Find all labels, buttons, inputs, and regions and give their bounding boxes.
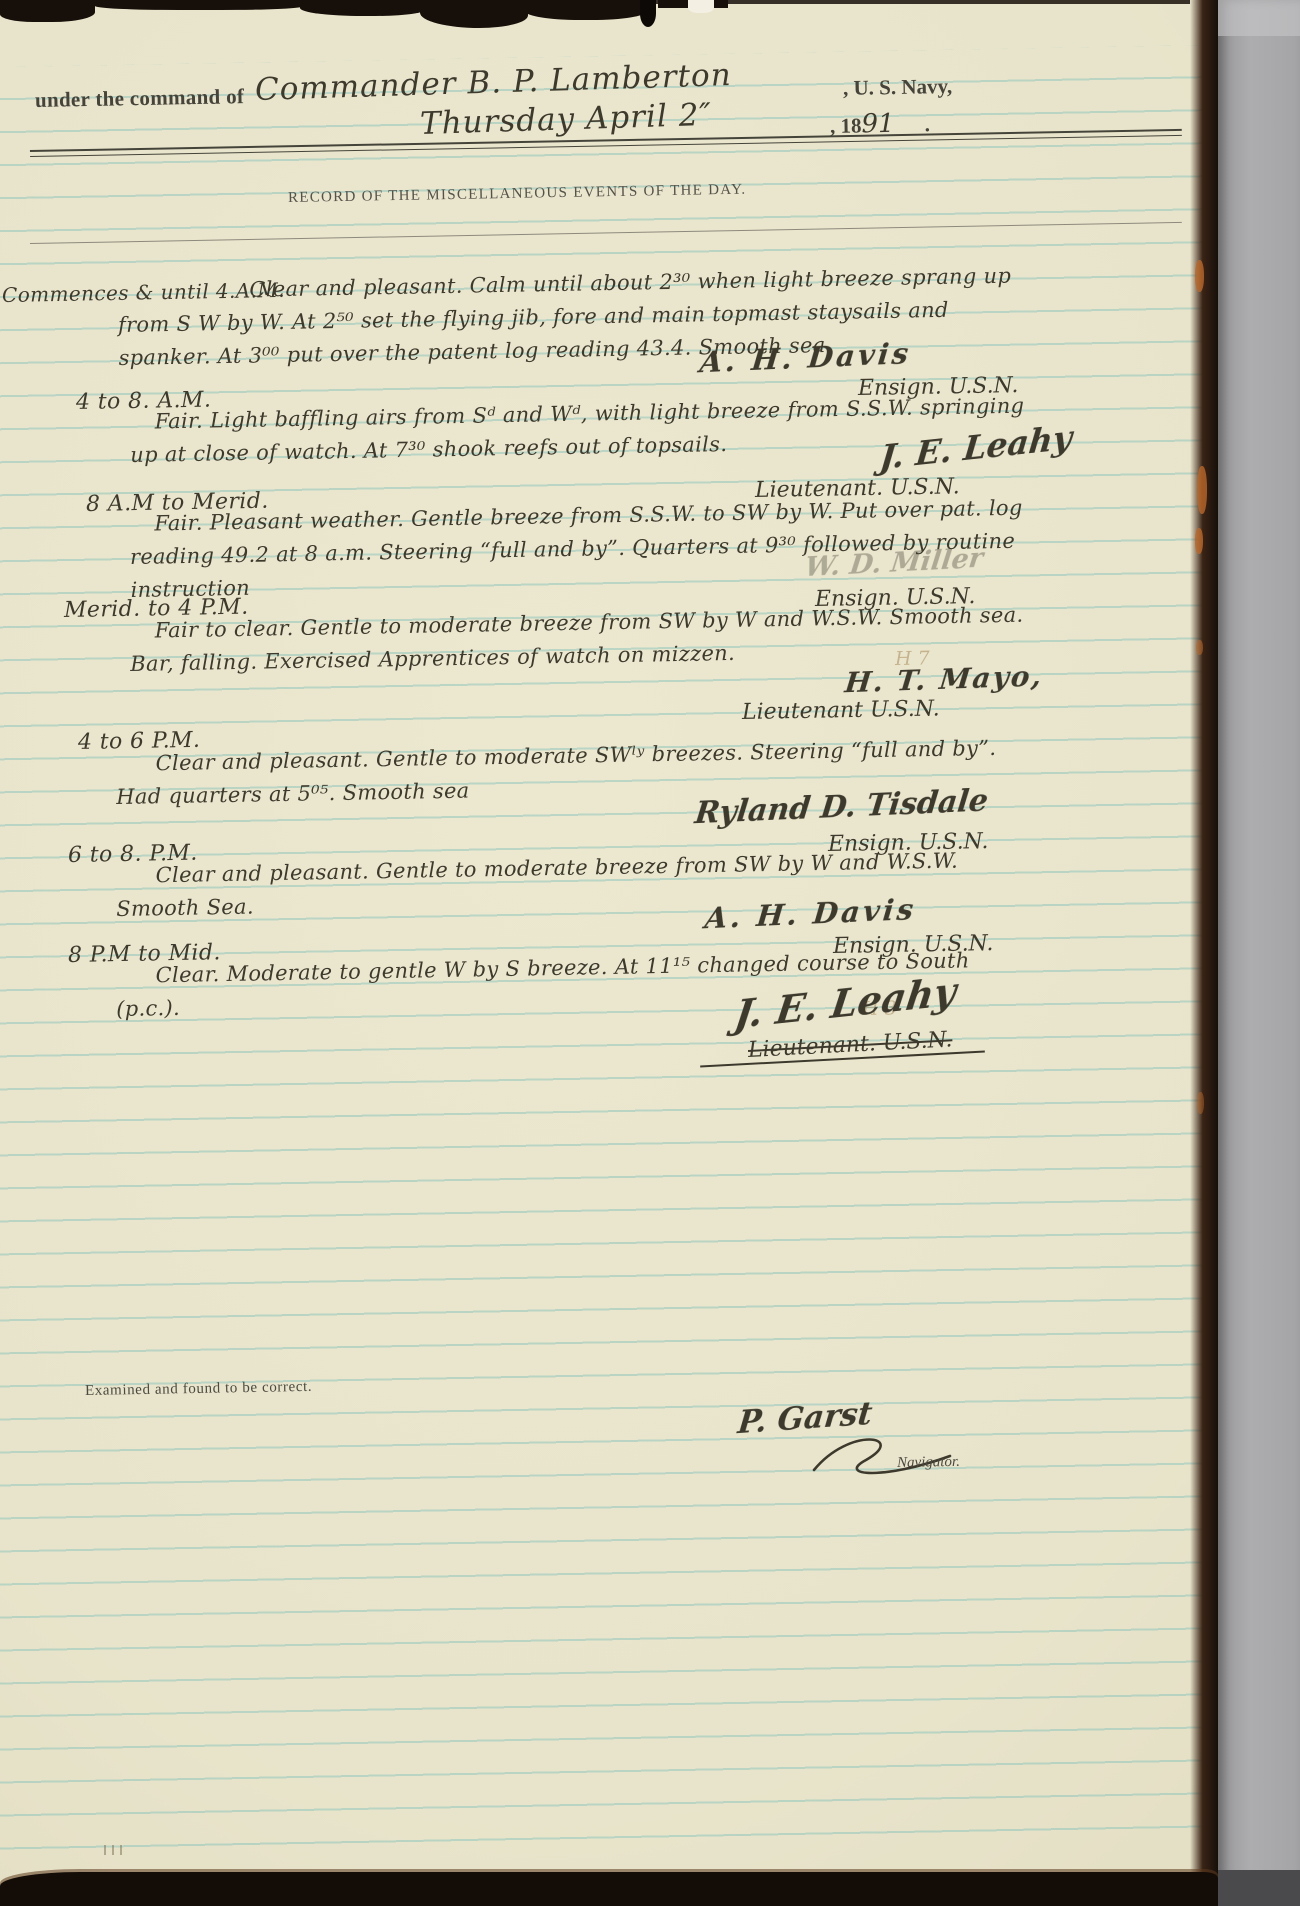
book-binding-edge <box>525 0 647 20</box>
navigator-label: Navigator. <box>897 1454 960 1472</box>
pencil-tally-marks <box>104 1845 126 1855</box>
rust-stain <box>1195 528 1203 554</box>
logbook-page: under the command of Commander B. P. Lam… <box>0 0 1218 1906</box>
rust-stain <box>1197 1092 1204 1114</box>
book-binding-edge <box>640 0 656 27</box>
command-printed-label: under the command of <box>35 84 245 113</box>
rust-stain <box>1197 466 1207 514</box>
navy-printed-label: , U. S. Navy, <box>843 74 953 101</box>
signature-4: H. T. Mayo, <box>843 659 1045 699</box>
page-edge <box>1190 0 1218 1906</box>
signature-rank-4: Lieutenant U.S.N. <box>742 696 940 725</box>
scanner-background <box>1218 0 1300 1906</box>
book-bottom-edge <box>0 1872 1218 1906</box>
book-binding-edge <box>420 0 528 28</box>
scanner-background-corner <box>1218 0 1300 36</box>
rust-stain <box>1196 640 1203 655</box>
rust-stain <box>1195 260 1204 292</box>
book-binding-edge <box>95 0 305 10</box>
book-binding-edge <box>300 0 425 16</box>
paper-tear-highlight <box>688 0 714 13</box>
book-binding-edge <box>0 0 95 22</box>
scanner-background-bottom <box>1218 1870 1300 1906</box>
